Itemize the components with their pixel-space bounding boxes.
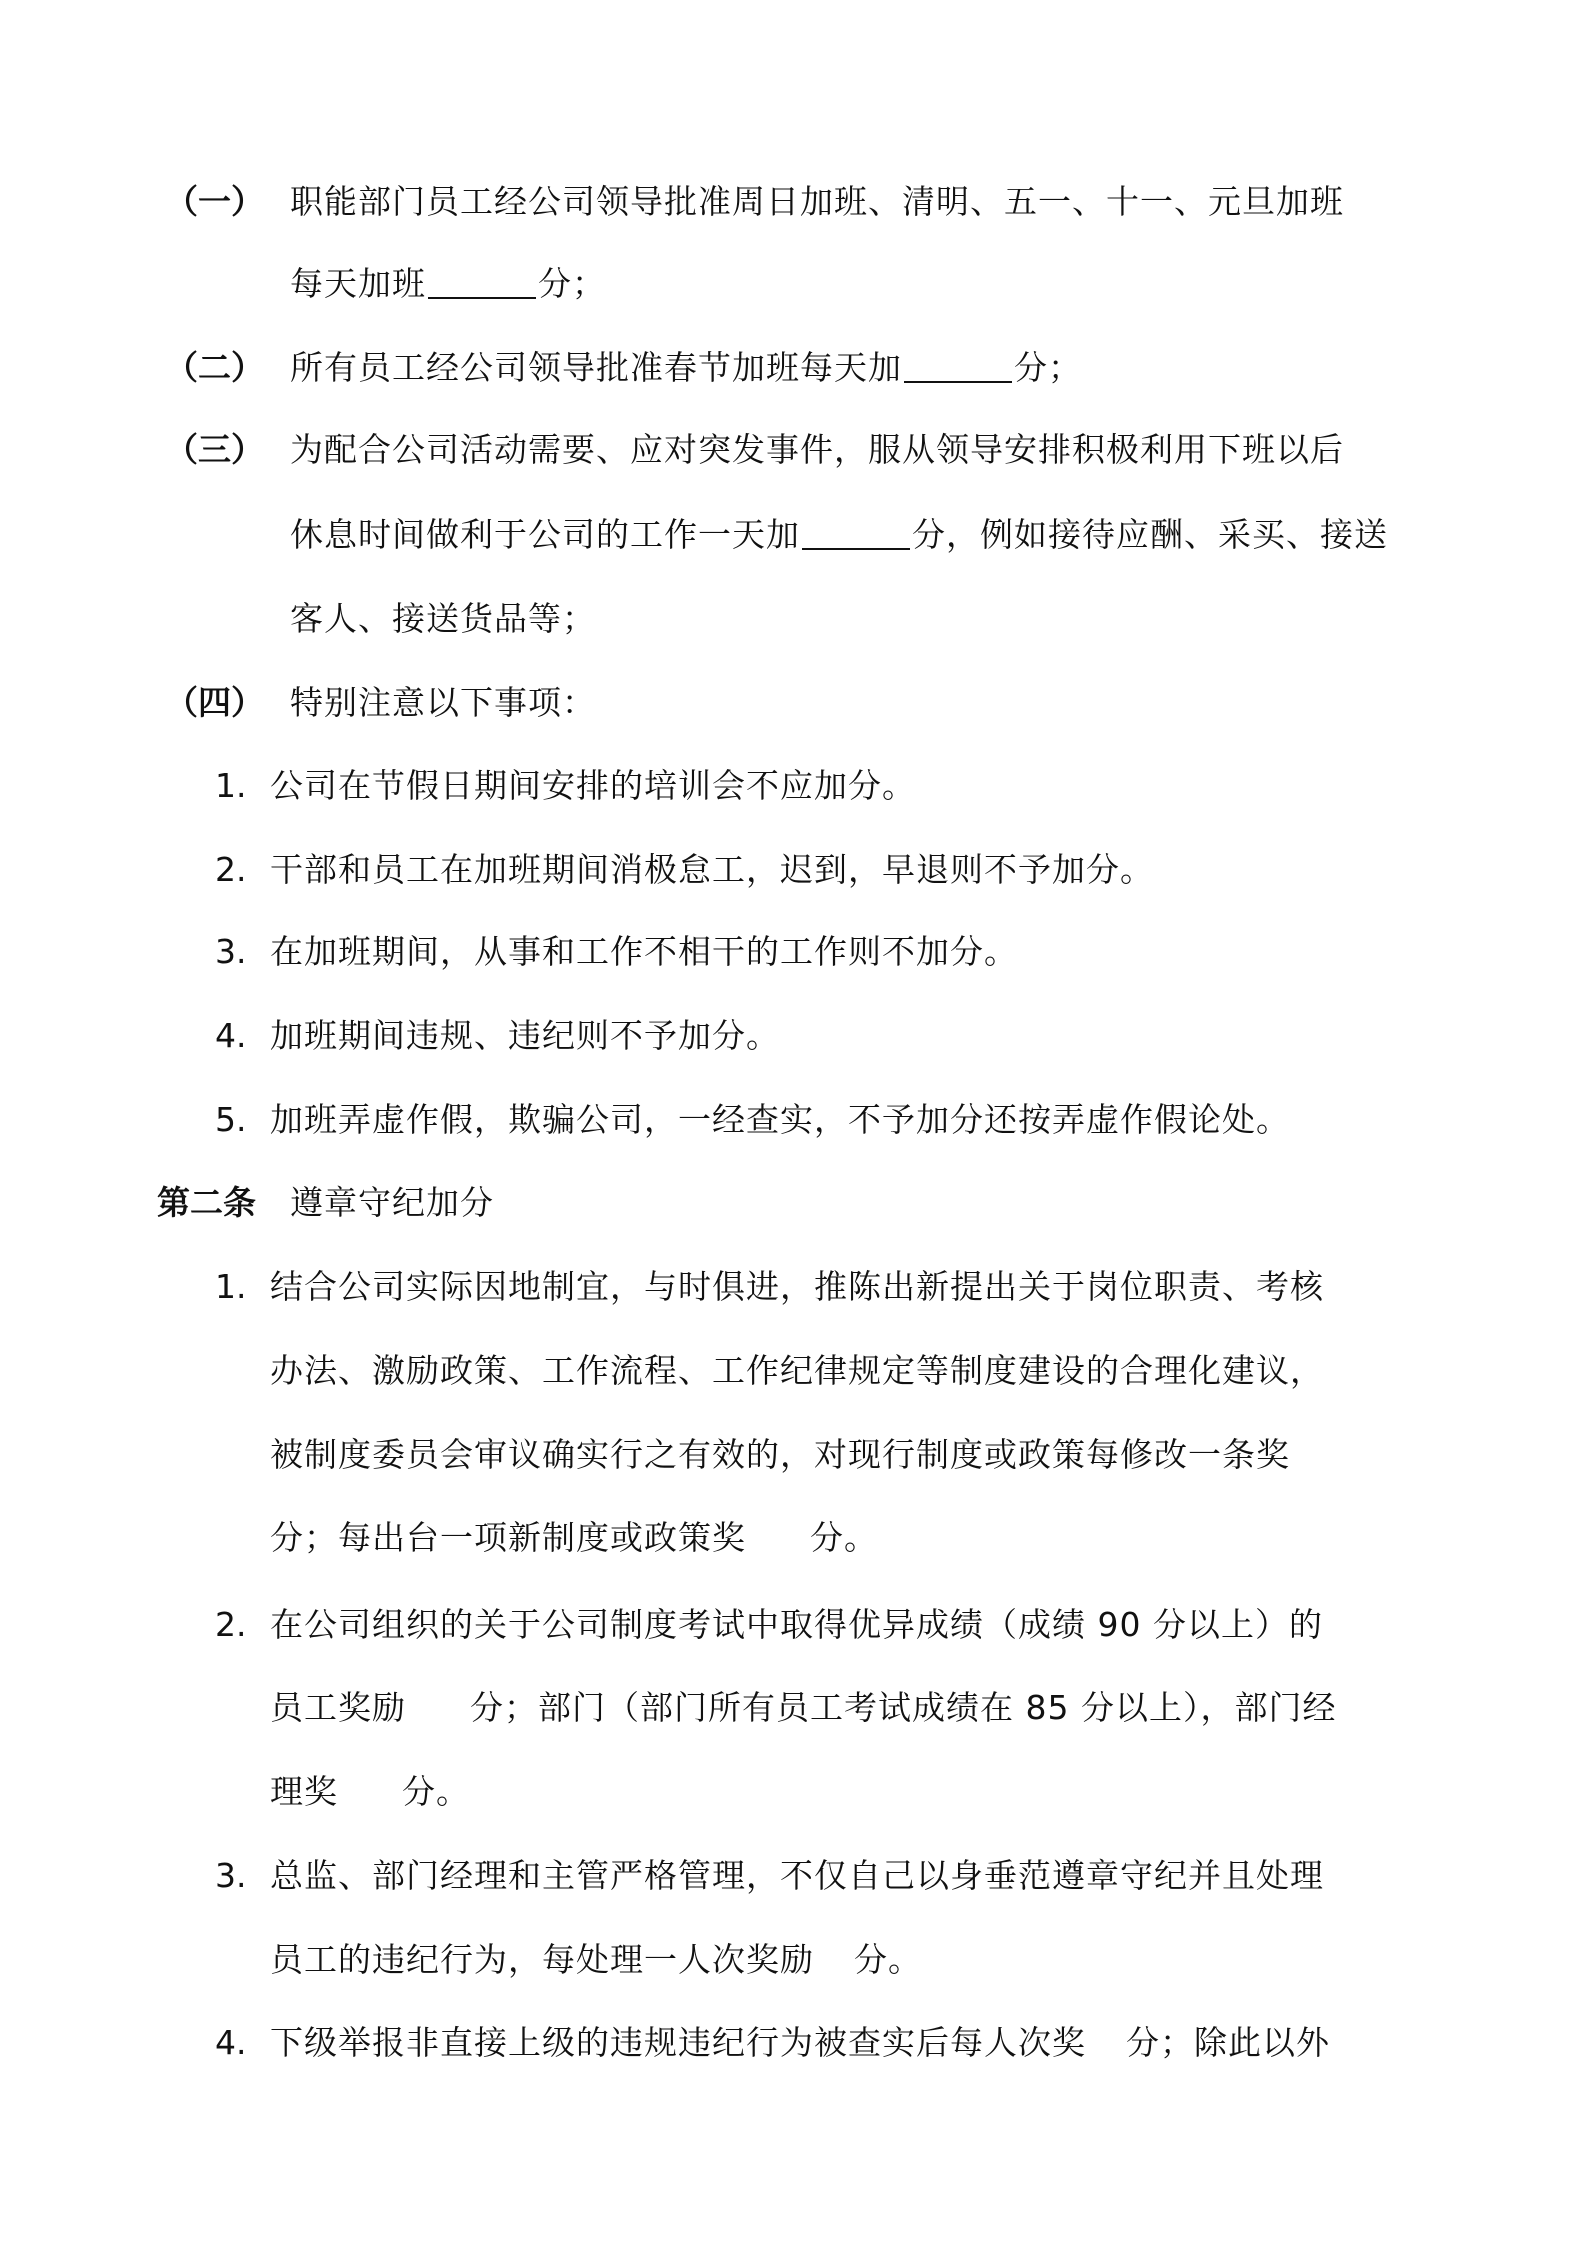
note-number: 2.	[215, 828, 247, 912]
note-item: 加班弄虚作假，欺骗公司，一经查实，不予加分还按弄虚作假论处。	[270, 1078, 1290, 1162]
rule-number: 2.	[215, 1583, 247, 1667]
item-label-two: （二）	[165, 326, 264, 410]
item-label-three: （三）	[165, 408, 264, 492]
note-item: 干部和员工在加班期间消极怠工，迟到，早退则不予加分。	[270, 828, 1154, 912]
note-number: 5.	[215, 1078, 247, 1162]
item-one-text-a: 每天加班	[290, 264, 426, 303]
note-item: 公司在节假日期间安排的培训会不应加分。	[270, 744, 916, 828]
rule-3-line-2: 员工的违纪行为，每处理一人次奖励分。	[270, 1918, 922, 2002]
item-two-text-a: 所有员工经公司领导批准春节加班每天加	[290, 348, 902, 387]
rule-2-line-2: 员工奖励分；部门（部门所有员工考试成绩在 85 分以上），部门经	[270, 1666, 1336, 1750]
fill-blank	[428, 267, 536, 299]
article-heading: 第二条	[157, 1161, 256, 1245]
rule-4-line-1: 下级举报非直接上级的违规违纪行为被查实后每人次奖分；除此以外	[270, 2001, 1330, 2085]
rule-2-text-a: 员工奖励	[270, 1688, 406, 1727]
item-three-line-3: 客人、接送货品等；	[290, 577, 596, 661]
rule-number: 1.	[215, 1245, 247, 1329]
rule-number: 4.	[215, 2001, 247, 2085]
rule-3-text-a: 员工的违纪行为，每处理一人次奖励	[270, 1940, 814, 1979]
note-number: 4.	[215, 994, 247, 1078]
rule-4-text-a: 下级举报非直接上级的违规违纪行为被查实后每人次奖	[270, 2023, 1086, 2062]
rule-4-text-b: 分；除此以外	[1126, 2023, 1330, 2062]
item-one-line-1: 职能部门员工经公司领导批准周日加班、清明、五一、十一、元旦加班	[290, 160, 1344, 244]
rule-1-line-2: 办法、激励政策、工作流程、工作纪律规定等制度建设的合理化建议，	[270, 1329, 1324, 1413]
rule-2-text-b: 分；部门（部门所有员工考试成绩在 85 分以上），部门经	[470, 1688, 1336, 1727]
item-two-line-1: 所有员工经公司领导批准春节加班每天加分；	[290, 326, 1082, 410]
item-label-four: （四）	[165, 661, 264, 745]
note-item: 在加班期间，从事和工作不相干的工作则不加分。	[270, 910, 1018, 994]
document-page: （一） 职能部门员工经公司领导批准周日加班、清明、五一、十一、元旦加班 每天加班…	[0, 0, 1587, 2245]
note-number: 3.	[215, 910, 247, 994]
rule-3-line-1: 总监、部门经理和主管严格管理，不仅自己以身垂范遵章守纪并且处理	[270, 1834, 1324, 1918]
item-four-line-1: 特别注意以下事项：	[290, 661, 596, 745]
rule-1-line-4: 分；每出台一项新制度或政策奖分。	[270, 1496, 878, 1580]
item-one-line-2: 每天加班分；	[290, 242, 606, 326]
item-three-line-1: 为配合公司活动需要、应对突发事件，服从领导安排积极利用下班以后	[290, 408, 1344, 492]
rule-1-text-b: 分。	[810, 1518, 878, 1557]
item-three-line-2: 休息时间做利于公司的工作一天加分，例如接待应酬、采买、接送	[290, 493, 1388, 577]
rule-2-line-3: 理奖分。	[270, 1750, 470, 1834]
rule-1-line-3: 被制度委员会审议确实行之有效的，对现行制度或政策每修改一条奖	[270, 1413, 1290, 1497]
item-one-text-b: 分；	[538, 264, 606, 303]
item-three-text-a: 休息时间做利于公司的工作一天加	[290, 515, 800, 554]
rule-3-text-b: 分。	[854, 1940, 922, 1979]
rule-number: 3.	[215, 1834, 247, 1918]
rule-2-text-d: 分。	[402, 1772, 470, 1811]
fill-blank	[904, 351, 1012, 383]
rule-1-line-1: 结合公司实际因地制宜，与时俱进，推陈出新提出关于岗位职责、考核	[270, 1245, 1324, 1329]
item-two-text-b: 分；	[1014, 348, 1082, 387]
rule-1-text-a: 分；每出台一项新制度或政策奖	[270, 1518, 746, 1557]
article-title: 遵章守纪加分	[290, 1161, 494, 1245]
item-label-one: （一）	[165, 160, 264, 244]
rule-2-line-1: 在公司组织的关于公司制度考试中取得优异成绩（成绩 90 分以上）的	[270, 1583, 1323, 1667]
rule-2-text-c: 理奖	[270, 1772, 338, 1811]
fill-blank	[802, 518, 910, 550]
note-number: 1.	[215, 744, 247, 828]
item-three-text-b: 分，例如接待应酬、采买、接送	[912, 515, 1388, 554]
note-item: 加班期间违规、违纪则不予加分。	[270, 994, 780, 1078]
